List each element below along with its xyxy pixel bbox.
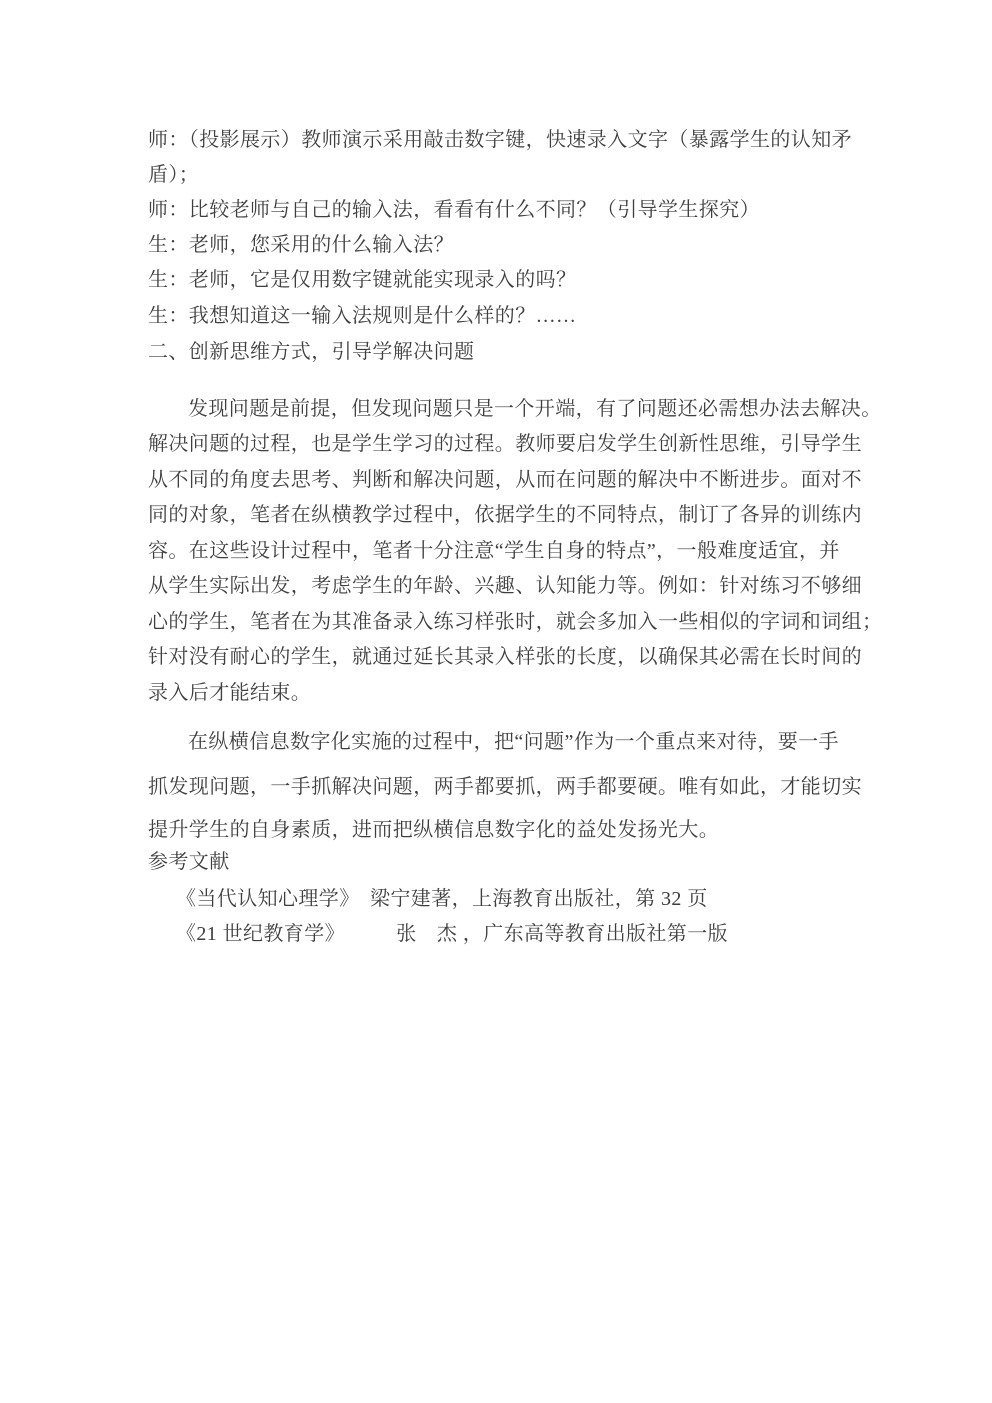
- dialogue-line: 生：我想知道这一输入法规则是什么样的？……: [148, 303, 860, 329]
- paragraph-line: 提升学生的自身素质，进而把纵横信息数字化的益处发扬光大。: [148, 817, 860, 843]
- dialogue-line: 师：比较老师与自己的输入法，看看有什么不同？（引导学生探究）: [148, 197, 860, 223]
- section-heading: 二、创新思维方式，引导学解决问题: [148, 339, 860, 365]
- paragraph-line: 同的对象，笔者在纵横教学过程中，依据学生的不同特点，制订了各异的训练内: [148, 502, 860, 528]
- dialogue-line: 盾）；: [148, 162, 860, 188]
- paragraph-line: 心的学生，笔者在为其准备录入练习样张时，就会多加入一些相似的字词和词组；: [148, 609, 860, 635]
- document-page: 师：（投影展示）教师演示采用敲击数字键，快速录入文字（暴露学生的认知矛 盾）； …: [0, 0, 992, 1403]
- dialogue-line: 师：（投影展示）教师演示采用敲击数字键，快速录入文字（暴露学生的认知矛: [148, 127, 860, 153]
- references-heading: 参考文献: [148, 849, 860, 875]
- paragraph-line: 录入后才能结束。: [148, 680, 860, 706]
- paragraph-line: 容。在这些设计过程中，笔者十分注意“学生自身的特点”，一般难度适宜，并: [148, 538, 860, 564]
- paragraph-line: 在纵横信息数字化实施的过程中，把“问题”作为一个重点来对待，要一手: [148, 729, 900, 755]
- paragraph-line: 从学生实际出发，考虑学生的年龄、兴趣、认知能力等。例如：针对练习不够细: [148, 573, 860, 599]
- paragraph-line: 解决问题的过程，也是学生学习的过程。教师要启发学生创新性思维，引导学生: [148, 431, 860, 457]
- dialogue-line: 生：老师，您采用的什么输入法？: [148, 232, 860, 258]
- paragraph-line: 抓发现问题，一手抓解决问题，两手都要抓，两手都要硬。唯有如此，才能切实: [148, 774, 860, 800]
- paragraph-line: 针对没有耐心的学生，就通过延长其录入样张的长度，以确保其必需在长时间的: [148, 644, 860, 670]
- paragraph-line: 发现问题是前提，但发现问题只是一个开端，有了问题还必需想办法去解决。: [148, 396, 900, 422]
- reference-item: 《21 世纪教育学》 张 杰 ，广东高等教育出版社第一版: [176, 921, 888, 947]
- dialogue-line: 生：老师，它是仅用数字键就能实现录入的吗？: [148, 267, 860, 293]
- paragraph-line: 从不同的角度去思考、判断和解决问题，从而在问题的解决中不断进步。面对不: [148, 467, 860, 493]
- reference-item: 《当代认知心理学》 梁宁建著，上海教育出版社，第 32 页: [176, 886, 888, 912]
